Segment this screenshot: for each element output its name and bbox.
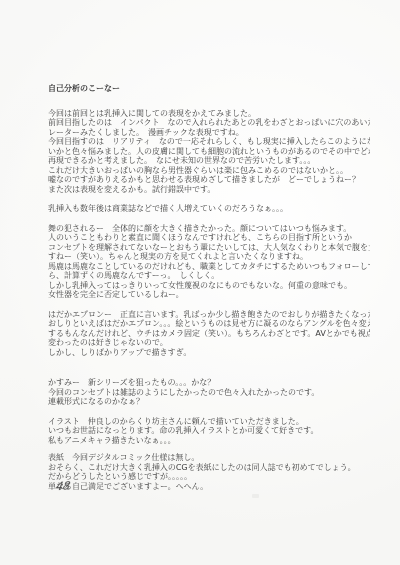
paragraph: はだかエプロンー 正直に言います。乳ばっか少し描き飽きたのでおしりが描きたくなっ… [48, 310, 370, 358]
text-line: 人のいうこともわりと素直に聞くほうなんですけれども、こちらの目指す所というか [48, 233, 370, 243]
text-line: 女性器を完全に否定しているしねー。 [48, 290, 370, 300]
text-line: コンセプトを理解されてないなーとおもう輩にたいしては、大人気なくわりと本気で腹を… [48, 243, 370, 253]
text-line: 表紙 今回デジタルコミック仕様は無し。 [48, 453, 370, 463]
scanned-page: 自己分析のこーなー 今回は前回とは乳挿入に関しての表現をかえてみました。前回目指… [0, 0, 400, 565]
text-line: 馬鹿は馬鹿なことしているのだけれども、職業としてカタチにするためいつもフォローし… [48, 262, 370, 272]
text-line: レーターみたくしました。 漫画チックな表現ですね。 [48, 128, 370, 138]
paragraph: 表紙 今回デジタルコミック仕様は無し。おそらく、これだけ大きく乳挿入のCGを表紙… [48, 453, 370, 491]
text-line: 再現できるかと考えました。 なにせ未知の世界なので苦労いたします。。。 [48, 156, 370, 166]
text-line: しかし乳挿入ってはっきりいって女性蔑視のなにものでもないな。何重の意味でも。 [48, 281, 370, 291]
paragraph: 今回は前回とは乳挿入に関しての表現をかえてみました。前回目指したのは インパクト… [48, 109, 370, 195]
text-line: 舞の犯されるー 全体的に顔を大きく描きたかった。顔についてはいつも悩みます。 [48, 224, 370, 234]
scan-artifact [252, 494, 259, 498]
paragraph-container: 今回は前回とは乳挿入に関しての表現をかえてみました。前回目指したのは インパクト… [48, 109, 370, 492]
text-line: これだけ大きいおっぱいの胸なら男性器ぐらいは楽に包みこめるのではないかと。。 [48, 166, 370, 176]
paragraph: 舞の犯されるー 全体的に顔を大きく描きたかった。顔についてはいつも悩みます。人の… [48, 224, 370, 300]
paragraph: 乳挿入も数年後は商業誌などで描く人増えていくのだろうなぁ。。。 [48, 204, 370, 214]
text-line: 乳挿入も数年後は商業誌などで描く人増えていくのだろうなぁ。。。 [48, 204, 370, 214]
text-line: いつもお世話になっとります。命の乳挿入イラストとか可愛くて好きです。 [48, 426, 370, 436]
text-line: イラスト 仲良しのからくり坊主さんに頼んで描いていただきました。 [48, 417, 370, 427]
text-line: 今回は前回とは乳挿入に関しての表現をかえてみました。 [48, 109, 370, 119]
text-line: 連載形式になるのかなぁ？ [48, 397, 370, 407]
text-line: しかし、しりばかりアップで描きすぎ。 [48, 348, 370, 358]
paragraph: かすみー 新シリーズを狙ったもの。。。かな？今回のコンセプトは雑誌のようにしたか… [48, 378, 370, 407]
text-line: おそらく、これだけ大きく乳挿入のCGを表紙にしたのは同人誌でも初めてでしょう。 [48, 463, 370, 473]
page-title: 自己分析のこーなー [48, 84, 370, 94]
text-line: 今回目指すのは リアリティ なので一応それらしく、もし現実に挿入したらこのように… [48, 137, 370, 147]
text-line: 今回のコンセプトは雑誌のようにしたかったので色々入れたかったのです。 [48, 388, 370, 398]
text-line: 変わったのは好きじゃないので。 [48, 338, 370, 348]
text-line: するもんなんだけれど、ウチはカメラ固定（笑い）。もちろんわざとです。AVとかでも… [48, 329, 370, 339]
text-line: 私もアニメキャラ描きたいなぁ。。。 [48, 436, 370, 446]
paragraph: イラスト 仲良しのからくり坊主さんに頼んで描いていただきました。いつもお世話にな… [48, 417, 370, 446]
text-line: ら、計算ずくの馬鹿なんですーっ。 しくしく。 [48, 271, 370, 281]
text-line: 単なる自己満足でございますよー。へへん。 [48, 482, 370, 492]
text-line: 嘘なのですがありえるかもと思わせる表現めざして描きましたが どーでしょうねー？ [48, 175, 370, 185]
text-line: また次は表現を変えるかも。試行錯誤中です。 [48, 185, 370, 195]
text-line: いかと色々悩みました。人の皮膚に関しても細胞の流れというものがあるのでその中でど… [48, 147, 370, 157]
text-line: かすみー 新シリーズを狙ったもの。。。かな？ [48, 378, 370, 388]
page-content: 自己分析のこーなー 今回は前回とは乳挿入に関しての表現をかえてみました。前回目指… [48, 84, 370, 501]
text-line: 前回目指したのは インパクト なので入れられたあとの乳をわざとおっぱいに穴のあい… [48, 118, 370, 128]
page-number: 48 [55, 481, 71, 493]
text-line: はだかエプロンー 正直に言います。乳ばっか少し描き飽きたのでおしりが描きたくなっ… [48, 310, 370, 320]
text-line: すねー（笑い）。ちゃんと現実の方を見てくれよと言いたくなりますね。 [48, 252, 370, 262]
text-line: だからどうしたという感じですが。。。。。 [48, 472, 370, 482]
text-line: おしりといえばはだかエプロン。。。絵というものは見せ方に凝るのならアングルを色々… [48, 319, 370, 329]
